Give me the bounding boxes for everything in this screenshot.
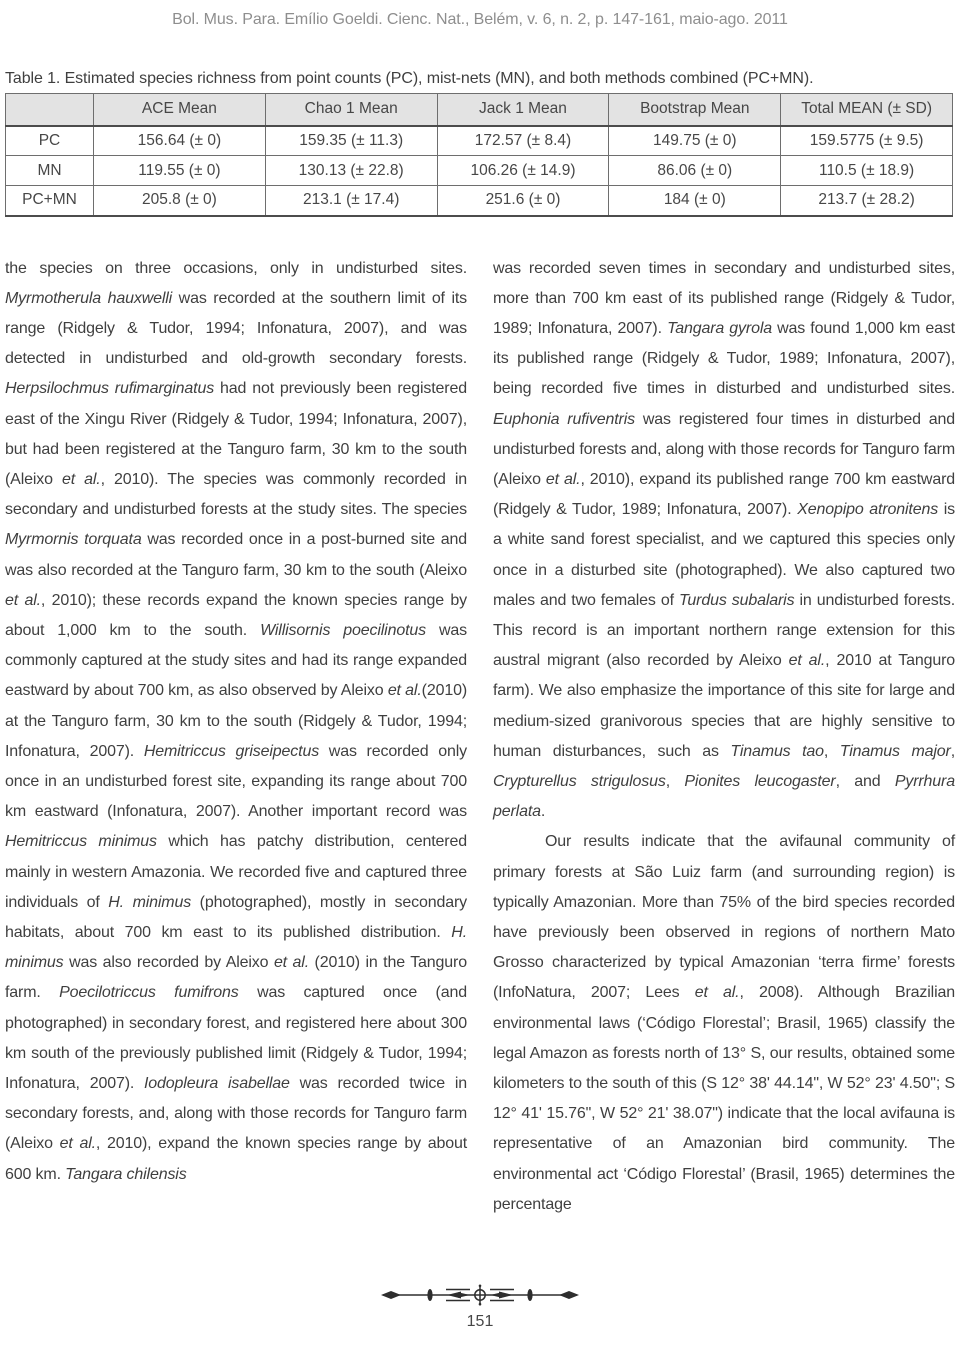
table-cell: 172.57 (± 8.4) bbox=[437, 126, 609, 156]
table-cell: 86.06 (± 0) bbox=[609, 156, 781, 186]
paper-page: Bol. Mus. Para. Emílio Goeldi. Cienc. Na… bbox=[0, 0, 960, 1352]
table-header-cell: ACE Mean bbox=[94, 94, 266, 126]
journal-header: Bol. Mus. Para. Emílio Goeldi. Cienc. Na… bbox=[0, 0, 960, 29]
table-cell: 156.64 (± 0) bbox=[94, 126, 266, 156]
table-row: MN 119.55 (± 0) 130.13 (± 22.8) 106.26 (… bbox=[6, 156, 953, 186]
table-header-cell: Jack 1 Mean bbox=[437, 94, 609, 126]
table-cell: 213.1 (± 17.4) bbox=[265, 186, 437, 216]
table-cell: 213.7 (± 28.2) bbox=[781, 186, 953, 216]
table-cell: 119.55 (± 0) bbox=[94, 156, 266, 186]
species-richness-table: ACE Mean Chao 1 Mean Jack 1 Mean Bootstr… bbox=[5, 93, 953, 217]
table-header-cell: Total MEAN (± SD) bbox=[781, 94, 953, 126]
table-cell: 106.26 (± 14.9) bbox=[437, 156, 609, 186]
table-cell: 251.6 (± 0) bbox=[437, 186, 609, 216]
right-column: was recorded seven times in secondary an… bbox=[493, 254, 955, 1221]
table-cell: 149.75 (± 0) bbox=[609, 126, 781, 156]
body-paragraph: was recorded seven times in secondary an… bbox=[493, 254, 955, 828]
table-row: PC+MN 205.8 (± 0) 213.1 (± 17.4) 251.6 (… bbox=[6, 186, 953, 216]
table-cell: 184 (± 0) bbox=[609, 186, 781, 216]
section-divider-icon bbox=[380, 1283, 580, 1307]
table-header-cell: Bootstrap Mean bbox=[609, 94, 781, 126]
table-cell: 159.5775 (± 9.5) bbox=[781, 126, 953, 156]
table-header-row: ACE Mean Chao 1 Mean Jack 1 Mean Bootstr… bbox=[6, 94, 953, 126]
body-paragraph: the species on three occasions, only in … bbox=[5, 254, 467, 1190]
table-header-cell: Chao 1 Mean bbox=[265, 94, 437, 126]
body-text-columns: the species on three occasions, only in … bbox=[5, 254, 955, 1221]
table-header-cell bbox=[6, 94, 94, 126]
left-column: the species on three occasions, only in … bbox=[5, 254, 467, 1221]
table-row: PC 156.64 (± 0) 159.35 (± 11.3) 172.57 (… bbox=[6, 126, 953, 156]
row-label: PC+MN bbox=[6, 186, 94, 216]
body-paragraph: Our results indicate that the avifaunal … bbox=[493, 827, 955, 1220]
row-label: PC bbox=[6, 126, 94, 156]
table-caption: Table 1. Estimated species richness from… bbox=[5, 70, 955, 88]
table-cell: 205.8 (± 0) bbox=[94, 186, 266, 216]
page-footer: 151 bbox=[0, 1283, 960, 1331]
row-label: MN bbox=[6, 156, 94, 186]
table-cell: 130.13 (± 22.8) bbox=[265, 156, 437, 186]
page-number: 151 bbox=[0, 1313, 960, 1331]
table-cell: 159.35 (± 11.3) bbox=[265, 126, 437, 156]
table-cell: 110.5 (± 18.9) bbox=[781, 156, 953, 186]
